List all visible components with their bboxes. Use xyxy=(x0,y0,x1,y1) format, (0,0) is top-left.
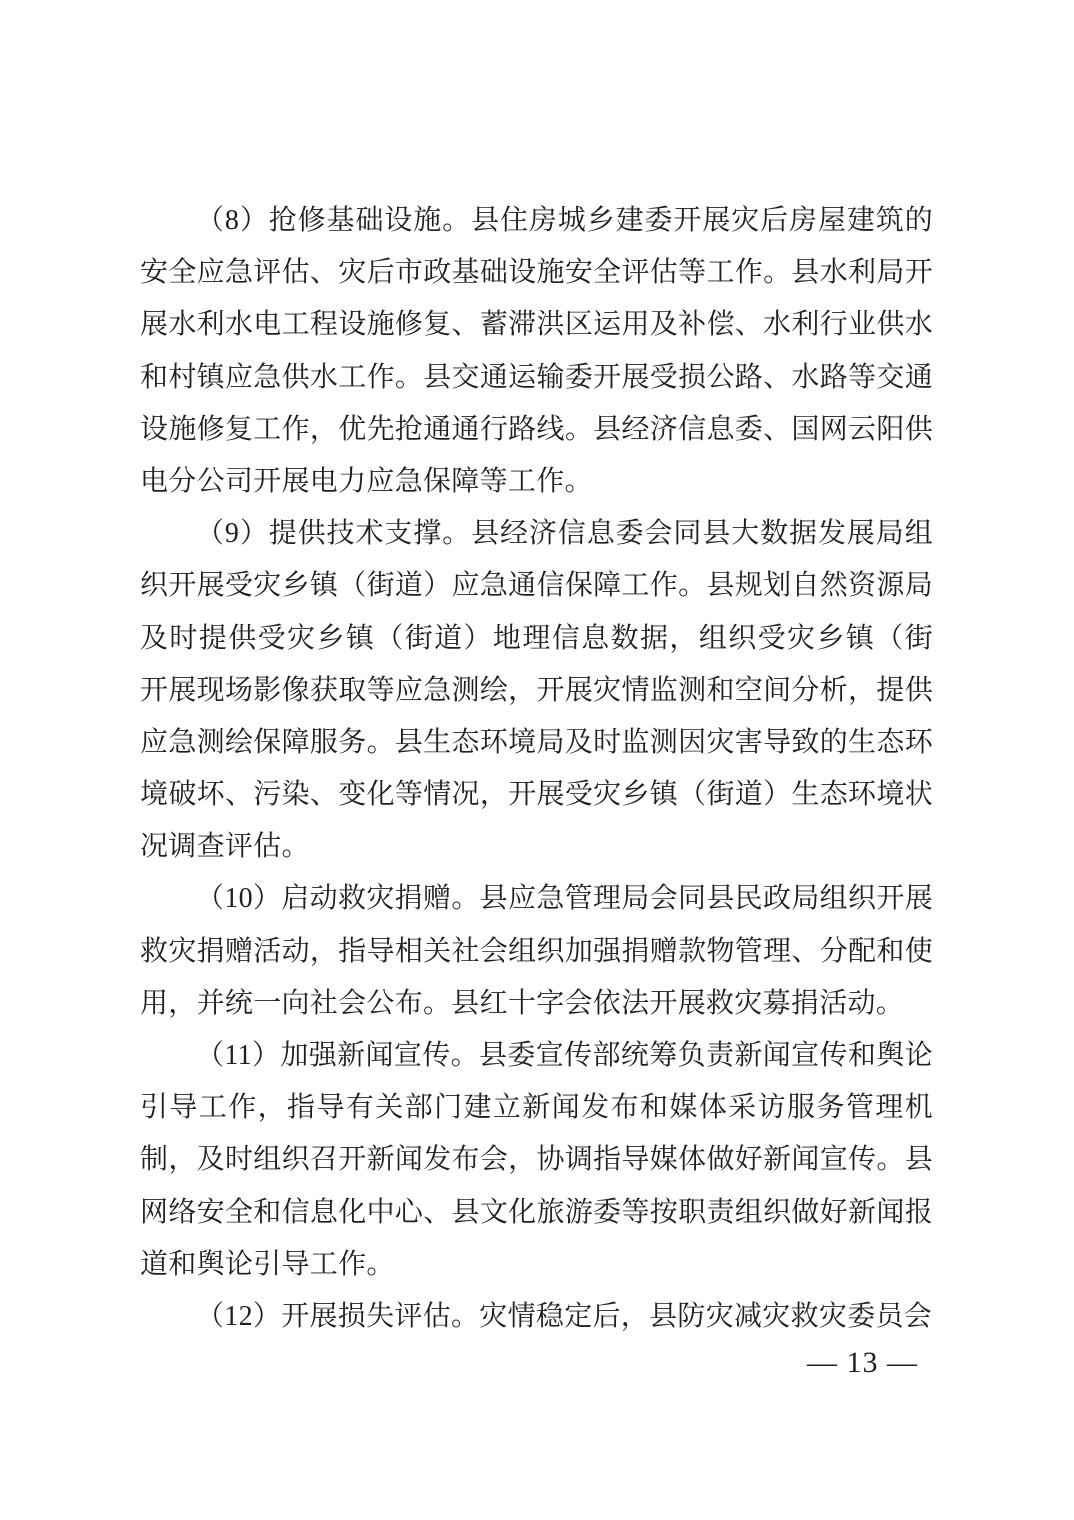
text-line: 和村镇应急供水工作。县交通运输委开展受损公路、水路等交通 xyxy=(140,352,933,404)
text-line: 制，及时组织召开新闻发布会，协调指导媒体做好新闻宣传。县 xyxy=(140,1134,933,1186)
text-line: 电分公司开展电力应急保障等工作。 xyxy=(140,456,933,508)
text-line: （9）提供技术支撑。县经济信息委会同县大数据发展局组 xyxy=(140,508,933,560)
text-line: 况调查评估。 xyxy=(140,821,933,873)
text-line: 展水利水电工程设施修复、蓄滞洪区运用及补偿、水利行业供水 xyxy=(140,299,933,351)
page-number: — 13 — xyxy=(807,1343,918,1383)
text-line: 引导工作，指导有关部门建立新闻发布和媒体采访服务管理机 xyxy=(140,1082,933,1134)
text-line: 应急测绘保障服务。县生态环境局及时监测因灾害导致的生态环 xyxy=(140,717,933,769)
text-line: 设施修复工作，优先抢通通行路线。县经济信息委、国网云阳供 xyxy=(140,404,933,456)
text-line: 境破坏、污染、变化等情况，开展受灾乡镇（街道）生态环境状 xyxy=(140,769,933,821)
text-line: 开展现场影像获取等应急测绘，开展灾情监测和空间分析，提供 xyxy=(140,665,933,717)
paragraph-item-9: （9）提供技术支撑。县经济信息委会同县大数据发展局组 织开展受灾乡镇（街道）应急… xyxy=(140,508,933,873)
paragraph-item-12: （12）开展损失评估。灾情稳定后，县防灾减灾救灾委员会 xyxy=(140,1291,933,1343)
text-line: 及时提供受灾乡镇（街道）地理信息数据，组织受灾乡镇（街道） xyxy=(140,613,933,665)
text-line: （12）开展损失评估。灾情稳定后，县防灾减灾救灾委员会 xyxy=(140,1291,933,1343)
text-line: 道和舆论引导工作。 xyxy=(140,1239,933,1291)
text-line: 用，并统一向社会公布。县红十字会依法开展救灾募捐活动。 xyxy=(140,978,933,1030)
text-line: （11）加强新闻宣传。县委宣传部统筹负责新闻宣传和舆论 xyxy=(140,1030,933,1082)
text-line: （8）抢修基础设施。县住房城乡建委开展灾后房屋建筑的 xyxy=(140,195,933,247)
text-line: 救灾捐赠活动，指导相关社会组织加强捐赠款物管理、分配和使 xyxy=(140,926,933,978)
text-line: 网络安全和信息化中心、县文化旅游委等按职责组织做好新闻报 xyxy=(140,1187,933,1239)
paragraph-item-10: （10）启动救灾捐赠。县应急管理局会同县民政局组织开展 救灾捐赠活动，指导相关社… xyxy=(140,873,933,1030)
text-line: （10）启动救灾捐赠。县应急管理局会同县民政局组织开展 xyxy=(140,873,933,925)
text-line: 织开展受灾乡镇（街道）应急通信保障工作。县规划自然资源局 xyxy=(140,560,933,612)
paragraph-item-11: （11）加强新闻宣传。县委宣传部统筹负责新闻宣传和舆论 引导工作，指导有关部门建… xyxy=(140,1030,933,1291)
document-page: （8）抢修基础设施。县住房城乡建委开展灾后房屋建筑的 安全应急评估、灾后市政基础… xyxy=(0,0,1074,1520)
document-body: （8）抢修基础设施。县住房城乡建委开展灾后房屋建筑的 安全应急评估、灾后市政基础… xyxy=(140,195,933,1343)
paragraph-item-8: （8）抢修基础设施。县住房城乡建委开展灾后房屋建筑的 安全应急评估、灾后市政基础… xyxy=(140,195,933,508)
text-line: 安全应急评估、灾后市政基础设施安全评估等工作。县水利局开 xyxy=(140,247,933,299)
